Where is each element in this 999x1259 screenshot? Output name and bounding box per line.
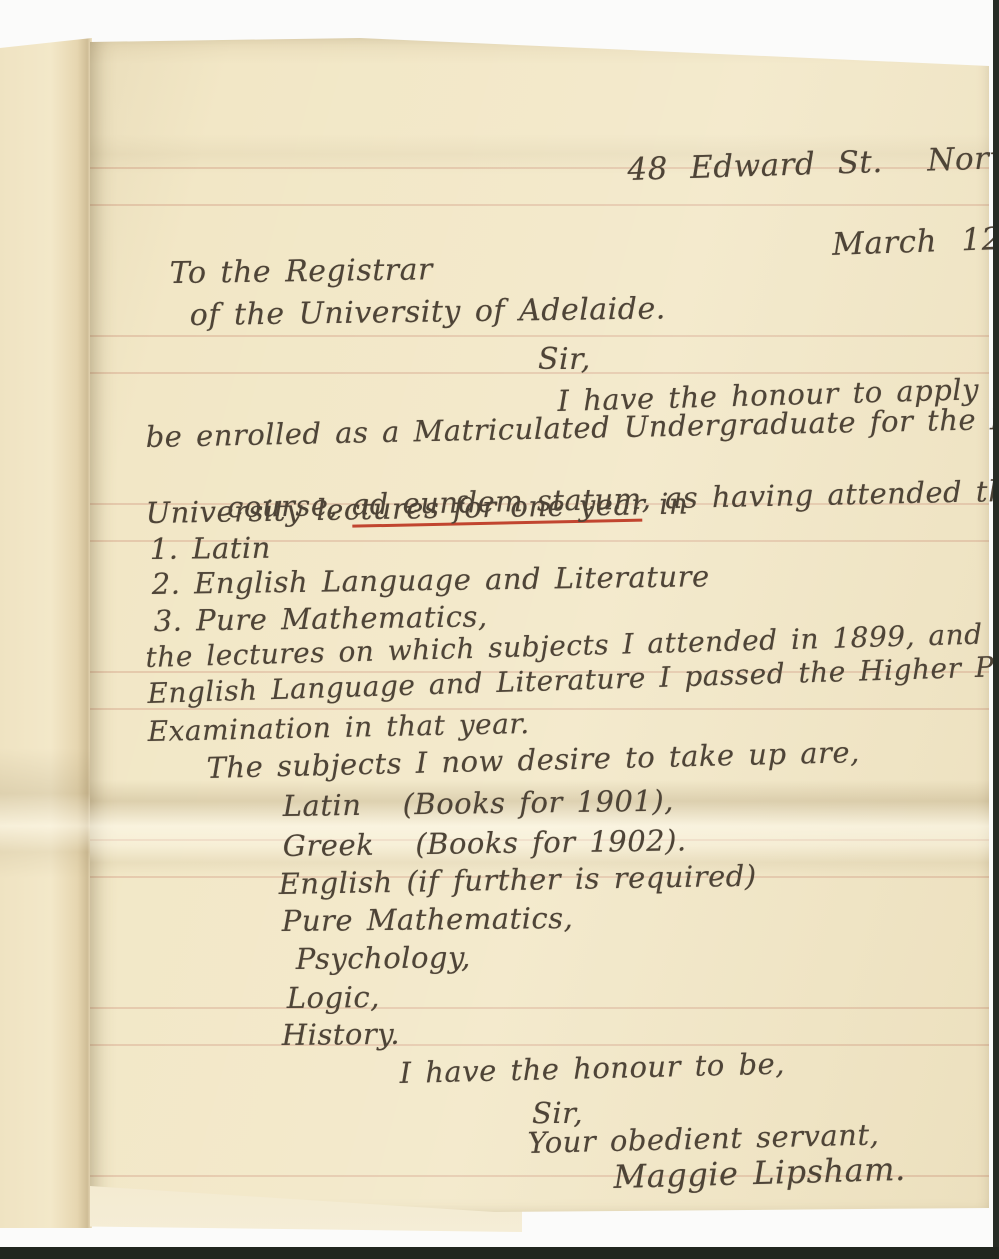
scanner-edge-right [993,0,999,1259]
scanned-letter-page: 48 Edward St. Norwood. March 12th1901. T… [0,0,999,1259]
subject-desired-english: English (if further is required) [278,859,756,901]
recipient-line-2: of the University of Adelaide. [190,291,666,333]
subject-desired-latin: Latin (Books for 1901), [283,784,675,823]
handwriting-layer: 48 Edward St. Norwood. March 12th1901. T… [0,0,999,1259]
date-day: March 12 [832,221,999,263]
date-line: March 12th1901. [684,181,999,304]
signature: Maggie Lipsham. [613,1150,906,1196]
subject-desired-psychology: Psychology, [296,940,471,976]
course-suffix: , as having attended the [641,474,999,516]
subject-desired-greek: Greek (Books for 1902). [283,823,687,863]
subject-desired-logic: Logic, [287,980,380,1015]
subject-desired-mathematics: Pure Mathematics, [282,901,574,938]
subject-attended-2: 2. English Language and Literature [152,559,710,601]
recipient-line-1: To the Registrar [170,252,434,291]
subject-desired-history: History. [282,1017,401,1052]
exam-line-3: Examination in that year. [147,707,530,748]
address-line: 48 Edward St. Norwood. [627,138,999,188]
subject-attended-1: 1. Latin [150,531,271,566]
scanner-edge-bottom [0,1247,999,1259]
closing-line-1: I have the honour to be, [399,1047,785,1090]
salutation: Sir, [538,342,591,377]
